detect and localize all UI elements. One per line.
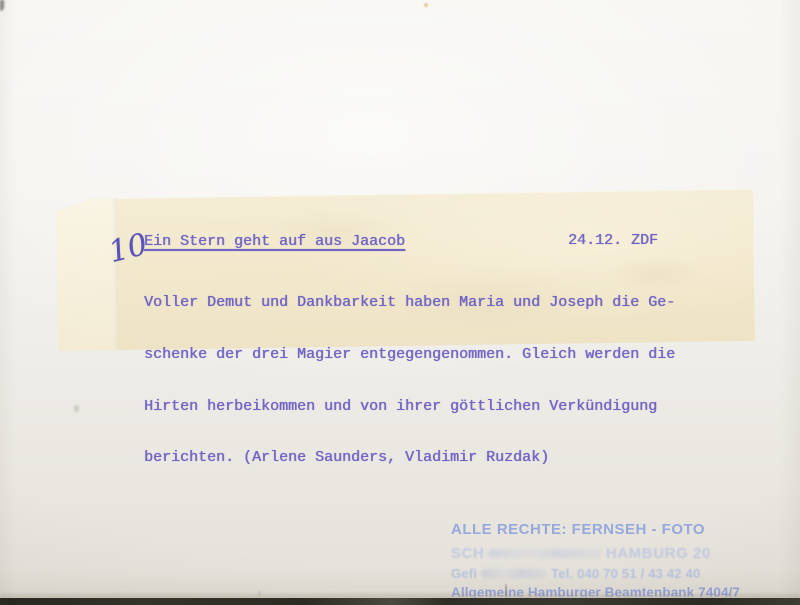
illegible-stamp-text	[488, 549, 601, 558]
press-photo-back: 10 Ein Stern geht auf aus Jaacob 24.12.Z…	[0, 0, 800, 605]
caption-date-block: 24.12.ZDF	[568, 232, 658, 249]
channel-text: ZDF	[631, 232, 658, 249]
caption-body-line: berichten. (Arlene Saunders, Vladimir Ru…	[144, 449, 675, 466]
stamp-fragment: SCH	[451, 545, 484, 562]
stamp-line-agency: SCHHAMBURG 20	[451, 545, 711, 562]
stamp-fragment: HAMBURG 20	[606, 545, 711, 562]
illegible-stamp-text	[481, 569, 547, 578]
stamp-line-rights: ALLE RECHTE: FERNSEH - FOTO	[451, 521, 711, 538]
stamp-fragment: Tel. 040 70 51 / 43 42 40	[551, 566, 700, 581]
caption-body-line: schenke der drei Magier entgegengenommen…	[144, 346, 675, 363]
stamp-line-address: GefiTel. 040 70 51 / 43 42 40	[451, 566, 711, 581]
stamp-fragment: Gefi	[451, 566, 477, 581]
copyright-stamp: ALLE RECHTE: FERNSEH - FOTO SCHHAMBURG 2…	[451, 521, 711, 600]
caption-body-line: Hirten herbeikommen und von ihrer göttli…	[144, 398, 675, 415]
caption-body-line: Voller Demut und Dankbarkeit haben Maria…	[144, 294, 675, 311]
caption-title: Ein Stern geht auf aus Jaacob	[144, 233, 405, 250]
date-text: 24.12.	[568, 232, 622, 249]
caption-body: Voller Demut und Dankbarkeit haben Maria…	[144, 260, 675, 501]
photo-bottom-edge	[0, 598, 800, 605]
caption-text-layer: 10 Ein Stern geht auf aus Jaacob 24.12.Z…	[0, 0, 800, 605]
